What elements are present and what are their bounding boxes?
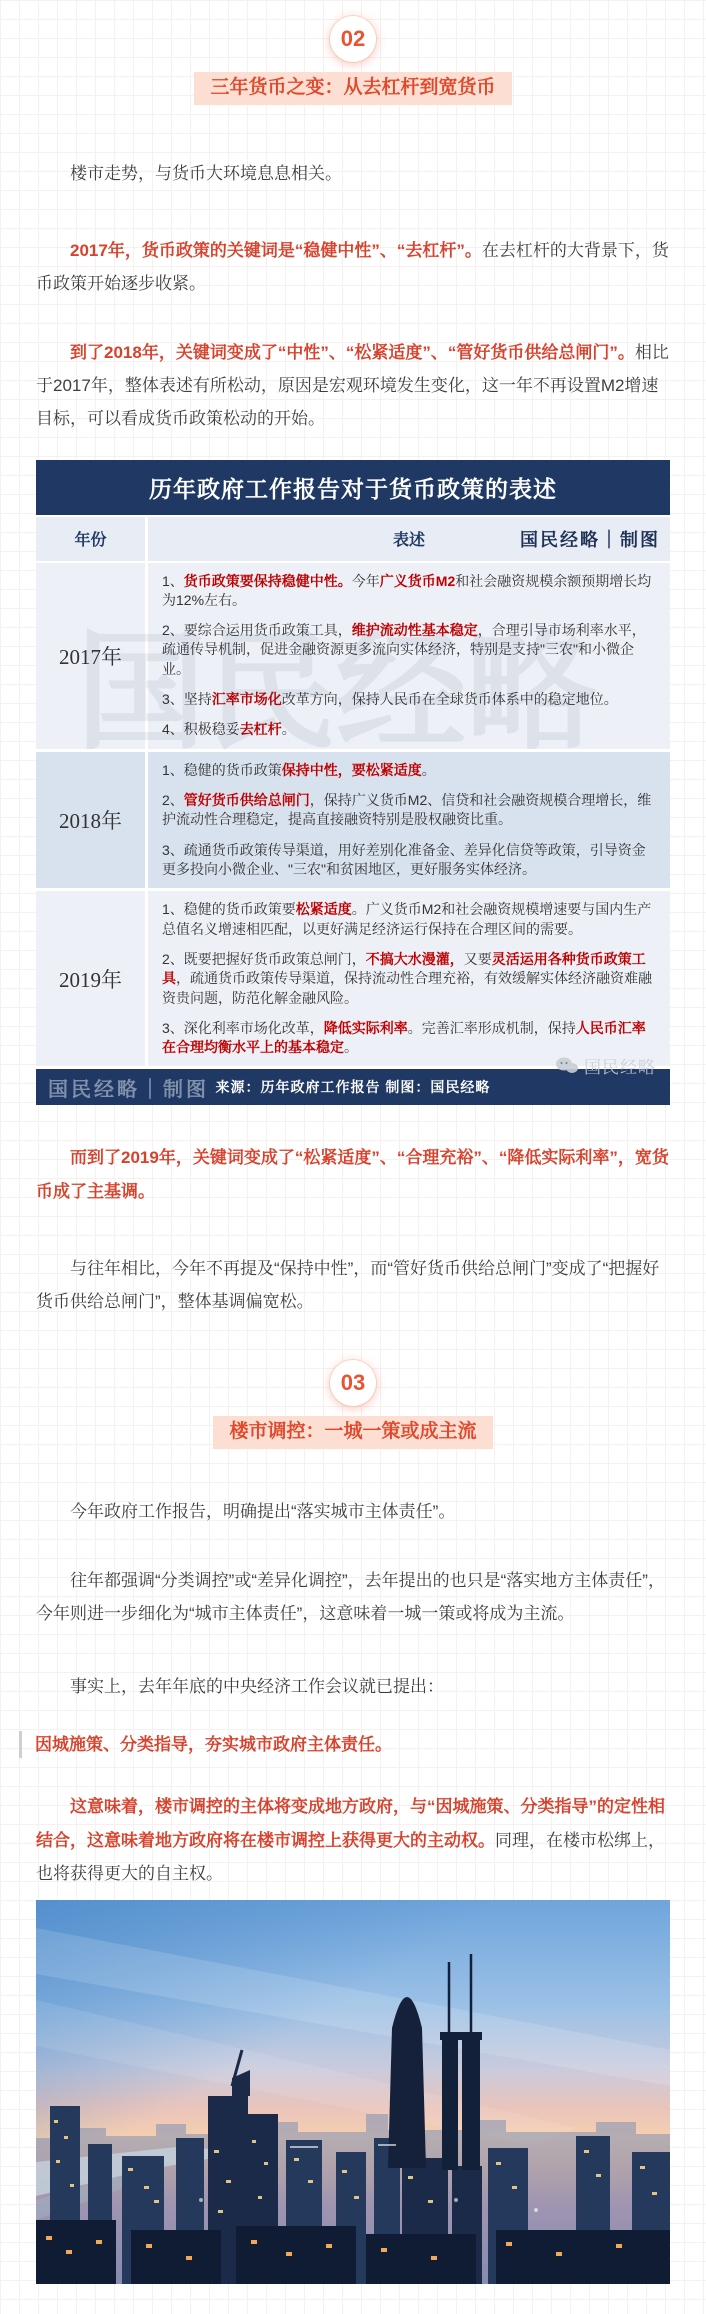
section-title-02: 三年货币之变：从去杠杆到宽货币 [194, 72, 511, 105]
paragraph: 事实上，去年年底的中央经济工作会议就已提出： [36, 1670, 670, 1703]
paragraph: 往年都强调“分类调控”或“差异化调控”，去年提出的也只是“落实地方主体责任”，今… [36, 1564, 670, 1630]
column-header-year: 年份 [36, 517, 148, 561]
wechat-watermark-label: 国民经略 [584, 1053, 656, 1078]
city-skyline-dusk-image[interactable] [36, 1900, 670, 2284]
year-cell: 2019年 [36, 891, 148, 1066]
paragraph-highlight: 而到了2019年，关键词变成了“松紧适度”、“合理充裕”、“降低实际利率”，宽货… [36, 1141, 670, 1207]
year-cell: 2017年 [36, 563, 148, 749]
table-item: 3、坚持汇率市场化改革方向，保持人民币在全球货币体系中的稳定地位。 [162, 690, 656, 709]
table-item: 1、货币政策要保持稳健中性。今年广义货币M2和社会融资规模余额预期增长均为12%… [162, 572, 656, 611]
section-number-badge-03: 03 [330, 1360, 376, 1406]
section-title-03: 楼市调控：一城一策或成主流 [213, 1416, 492, 1449]
table-item: 4、积极稳妥去杠杆。 [162, 720, 656, 739]
paragraph: 楼市走势，与货币大环境息息相关。 [36, 157, 670, 190]
table-item: 2、管好货币供给总闸门，保持广义货币M2、信贷和社会融资规模合理增长，维护流动性… [162, 791, 656, 830]
table-item: 3、疏通货币政策传导渠道，用好差别化准备金、差异化信贷等政策，引导资金更多投向小… [162, 841, 656, 880]
policy-table: 国民经略 历年政府工作报告对于货币政策的表述 年份 表述 国民经略｜制图 201… [36, 460, 670, 1106]
table-item: 3、深化利率市场化改革，降低实际利率。完善汇率形成机制，保持人民币汇率在合理均衡… [162, 1019, 656, 1058]
table-row-2019: 2019年 1、稳健的货币政策要松紧适度。广义货币M2和社会融资规模增速要与国内… [36, 891, 670, 1069]
wechat-watermark: 国民经略 [555, 1053, 656, 1078]
table-item: 1、稳健的货币政策保持中性，要松紧适度。 [162, 761, 656, 780]
year-cell: 2018年 [36, 752, 148, 889]
table-row-2017: 2017年 1、货币政策要保持稳健中性。今年广义货币M2和社会融资规模余额预期增… [36, 563, 670, 752]
highlight-text: 到了2018年，关键词变成了“中性”、“松紧适度”、“管好货币供给总闸门”。 [70, 343, 635, 362]
article-page: 02 三年货币之变：从去杠杆到宽货币 楼市走势，与货币大环境息息相关。 2017… [0, 0, 706, 2314]
highlight-text: 2017年，货币政策的关键词是“稳健中性”、“去杠杆”。 [70, 241, 482, 260]
table-item: 2、既要把握好货币政策总闸门，不搞大水漫灌，又要灵活运用各种货币政策工具，疏通货… [162, 950, 656, 1008]
table-row-2018: 2018年 1、稳健的货币政策保持中性，要松紧适度。 2、管好货币供给总闸门，保… [36, 752, 670, 892]
section-title-wrap: 三年货币之变：从去杠杆到宽货币 [36, 72, 670, 105]
paragraph: 今年政府工作报告，明确提出“落实城市主体责任”。 [36, 1495, 670, 1528]
quote-block: 因城施策、分类指导，夯实城市政府主体责任。 [19, 1731, 670, 1758]
table-header-row: 年份 表述 国民经略｜制图 [36, 515, 670, 563]
table-footer: 国民经略 国民经略｜制图 来源：历年政府工作报告 制图：国民经略 [36, 1069, 670, 1105]
desc-cell: 1、货币政策要保持稳健中性。今年广义货币M2和社会融资规模余额预期增长均为12%… [148, 563, 670, 749]
wechat-icon [555, 1056, 579, 1076]
table-credit: 国民经略｜制图 [520, 517, 660, 561]
section-number-badge-02: 02 [330, 16, 376, 62]
paragraph: 这意味着，楼市调控的主体将变成地方政府，与“因城施策、分类指导”的定性相结合，这… [36, 1790, 670, 1889]
paragraph: 2017年，货币政策的关键词是“稳健中性”、“去杠杆”。在去杠杆的大背景下，货币… [36, 234, 670, 300]
table-title: 历年政府工作报告对于货币政策的表述 [36, 460, 670, 515]
paragraph: 到了2018年，关键词变成了“中性”、“松紧适度”、“管好货币供给总闸门”。相比… [36, 336, 670, 435]
desc-cell: 1、稳健的货币政策保持中性，要松紧适度。 2、管好货币供给总闸门，保持广义货币M… [148, 752, 670, 889]
table-item: 2、要综合运用货币政策工具，维护流动性基本稳定，合理引导市场利率水平，疏通传导机… [162, 621, 656, 679]
table-item: 1、稳健的货币政策要松紧适度。广义货币M2和社会融资规模增速要与国内生产总值名义… [162, 900, 656, 939]
table-source: 来源：历年政府工作报告 制图：国民经略 [36, 1077, 670, 1097]
section-title-wrap: 楼市调控：一城一策或成主流 [36, 1416, 670, 1449]
desc-cell: 1、稳健的货币政策要松紧适度。广义货币M2和社会融资规模增速要与国内生产总值名义… [148, 891, 670, 1066]
paragraph: 与往年相比，今年不再提及“保持中性”，而“管好货币供给总闸门”变成了“把握好货币… [36, 1252, 670, 1318]
